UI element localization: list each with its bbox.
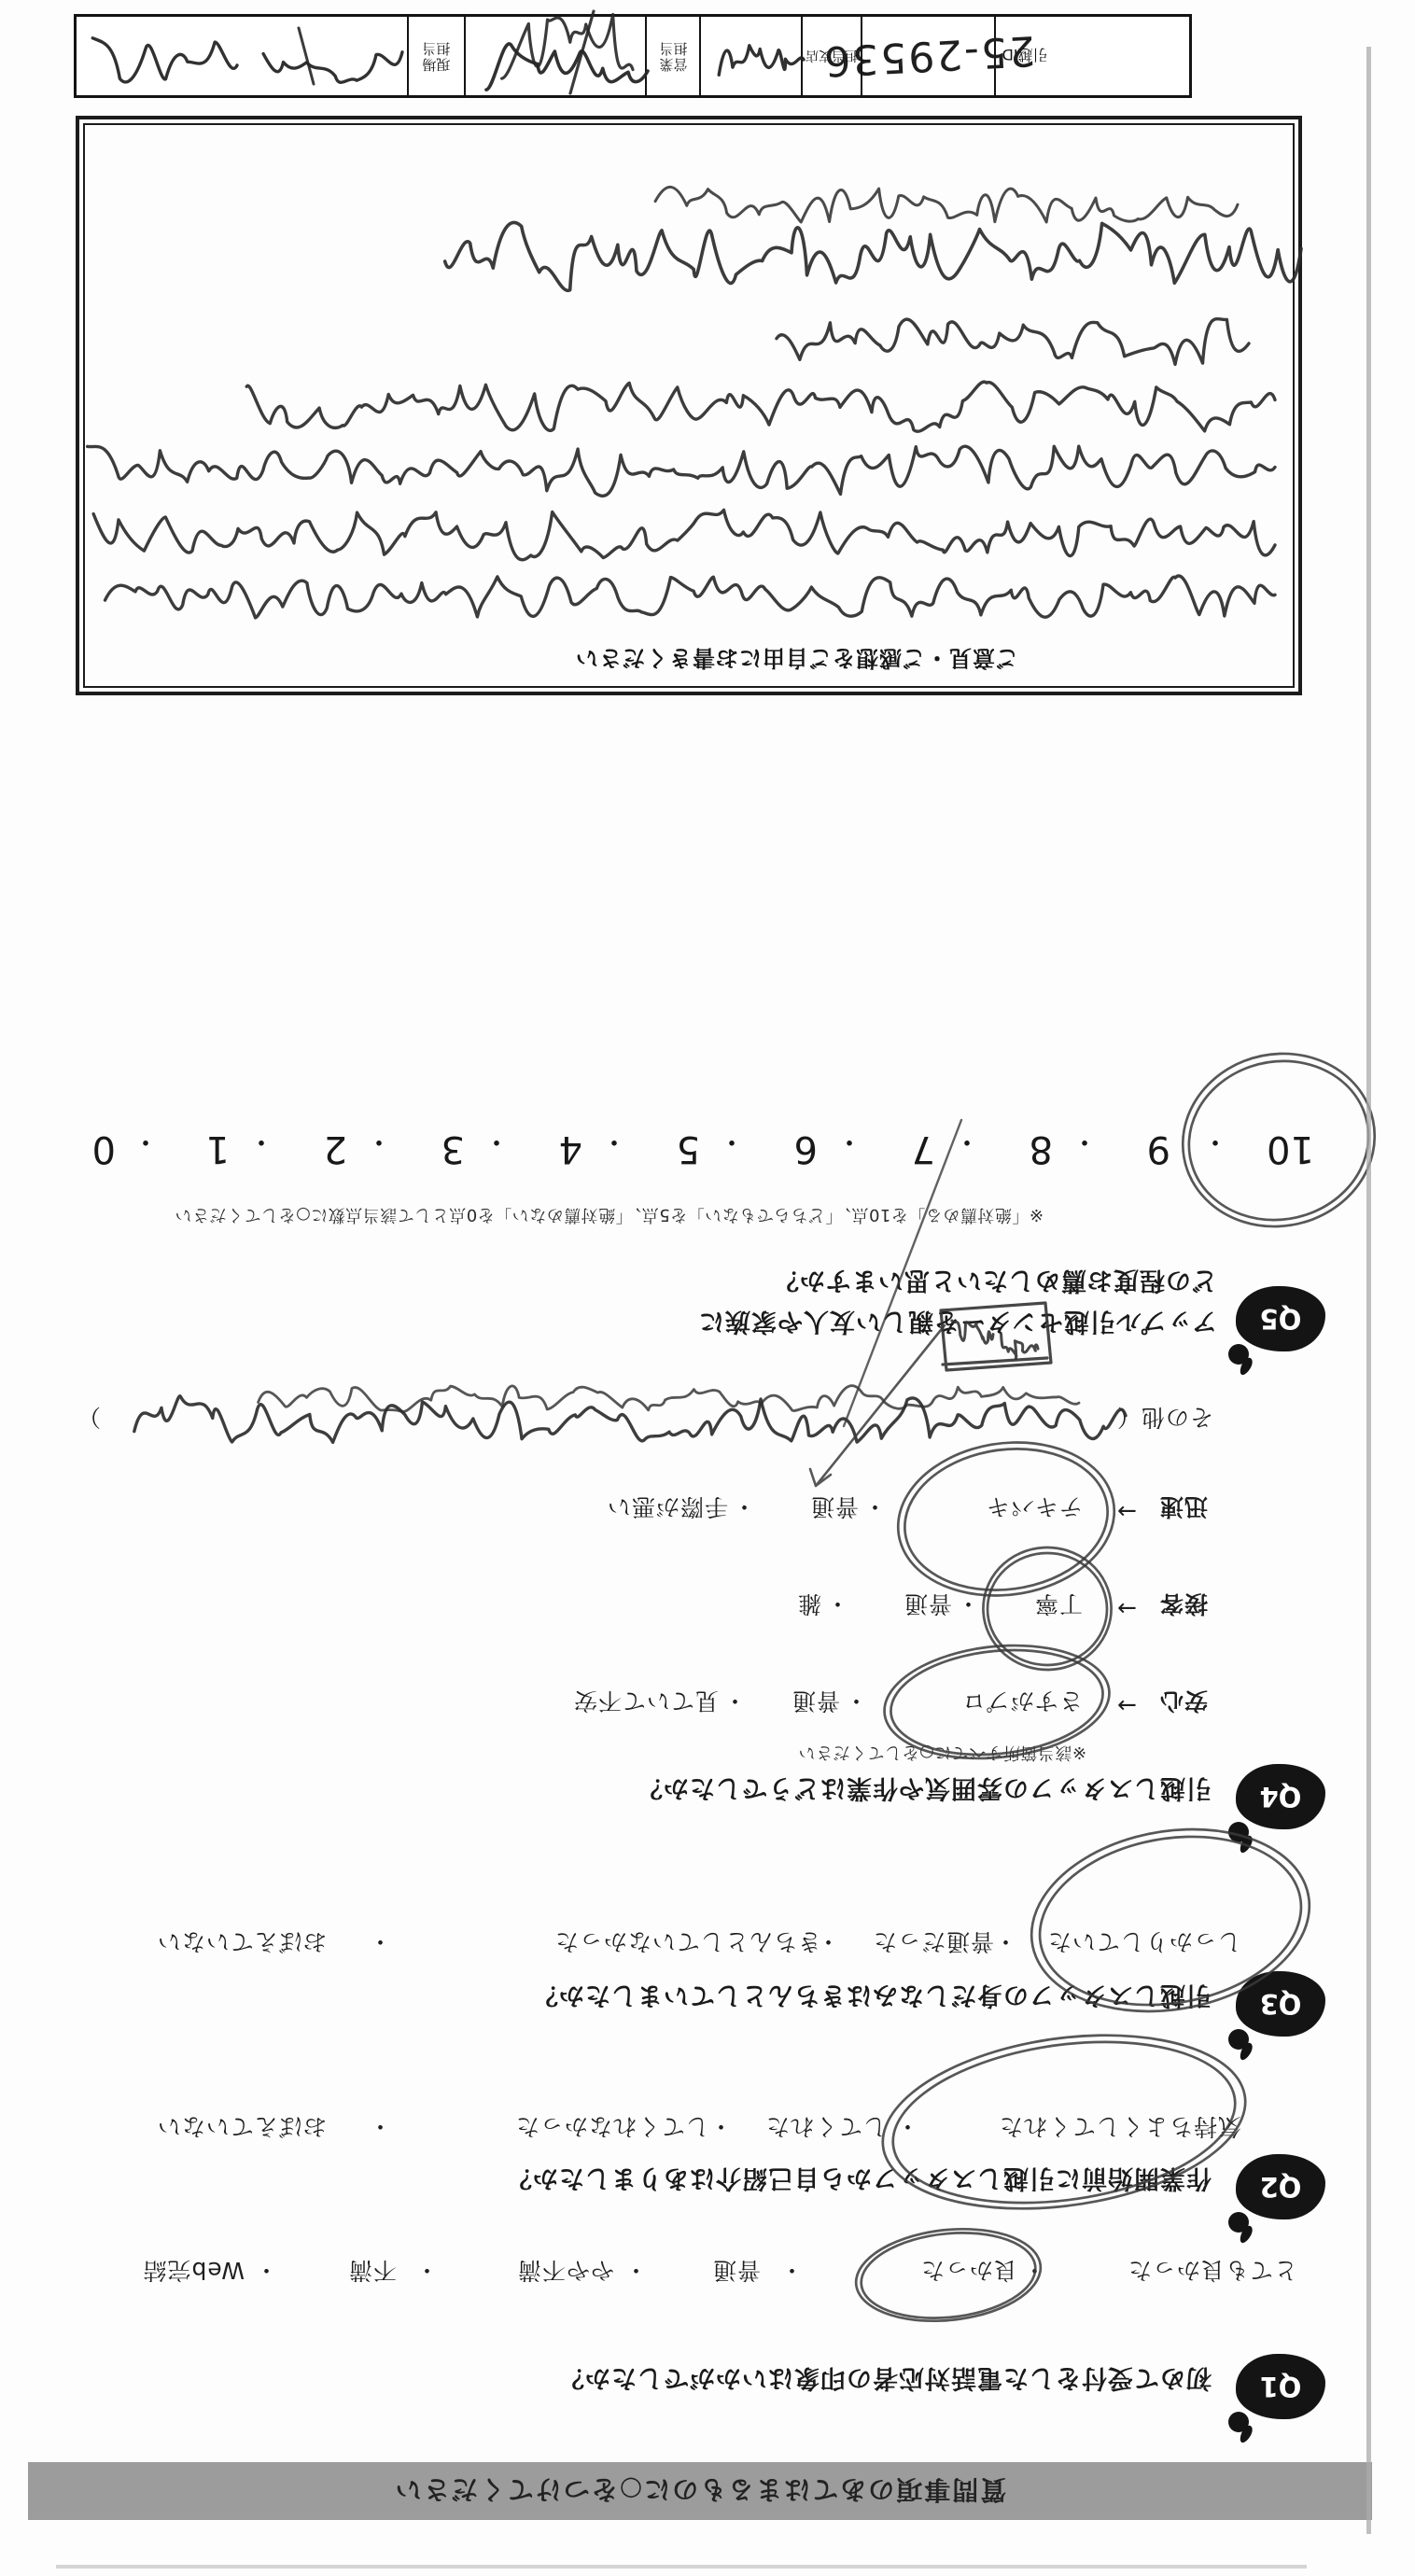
q4-row-0-option-2: 見ていて不安 xyxy=(573,1686,719,1719)
option-q1-4: 不満 xyxy=(348,2255,397,2289)
option-separator: ・ xyxy=(956,1589,980,1622)
q4-row-1-option-0: 丁寧 xyxy=(1034,1589,1083,1622)
nps-scale-value-8: 8 xyxy=(1030,1127,1053,1170)
nps-scale-value-4: 4 xyxy=(559,1127,582,1170)
question-badge-q5: Q5 xyxy=(1236,1286,1325,1351)
option-q1-2: 普通 xyxy=(712,2255,761,2289)
footer-value-cell-0: 25-29536 xyxy=(863,17,997,95)
option-q2-1: してくれた xyxy=(765,2111,887,2145)
q4-other-close: ） xyxy=(77,1402,101,1435)
nps-scale-value-2: 2 xyxy=(324,1127,347,1170)
q4-row-arrow: → xyxy=(1116,1595,1137,1622)
q4-row-label-2: 迅速 xyxy=(1159,1491,1208,1525)
option-separator: ・ xyxy=(1022,2255,1046,2289)
option-separator: ・ xyxy=(732,1491,756,1525)
option-separator: ・ xyxy=(779,2255,804,2289)
option-q1-0: とても良かった xyxy=(1128,2255,1297,2289)
question-badge-label: Q1 xyxy=(1260,2371,1302,2402)
option-q3-0: しっかりしていた xyxy=(1047,1926,1241,1960)
option-separator: ・ xyxy=(895,2111,919,2145)
scan-page-edge-bottom xyxy=(56,2565,1307,2569)
footer-label-cell-2: 営業担当 xyxy=(647,17,701,95)
option-separator: ・ xyxy=(844,1686,868,1719)
option-separator: ・ xyxy=(708,2111,733,2145)
option-q3-3: おぼえていない xyxy=(157,1926,327,1960)
handwritten-annotation-arrow xyxy=(810,1325,945,1486)
option-separator: ・ xyxy=(816,1926,840,1960)
q4-row-arrow: → xyxy=(1116,1692,1137,1719)
question-badge-label: Q5 xyxy=(1260,1303,1302,1335)
scale-separator: ・ xyxy=(600,1124,628,1165)
survey-sheet-upside-down: 質問事項のあてはまるものに○をつけてください Q1初めて受付をした電話対応者の印… xyxy=(0,0,1415,2576)
scale-separator: ・ xyxy=(365,1124,393,1165)
scale-separator: ・ xyxy=(483,1124,511,1165)
nps-scale-value-5: 5 xyxy=(677,1127,700,1170)
option-q3-1: 普通だった xyxy=(873,1926,994,1960)
question-badge-q1: Q1 xyxy=(1236,2354,1325,2419)
scan-page-edge-right xyxy=(1366,47,1371,2534)
option-separator: ・ xyxy=(623,2255,648,2289)
handwriting-q4-other xyxy=(259,1386,1079,1412)
question-text-q4: 引越しスタッフの雰囲気や作業はどうでしたか？ xyxy=(637,1772,1212,1809)
q4-row-2-option-2: 手際が悪い xyxy=(607,1491,728,1525)
question-text-q5-line1: アップル引越センターを親しい友人や家族に xyxy=(698,1306,1217,1342)
question-badge-q4: Q4 xyxy=(1236,1764,1325,1829)
option-separator: ・ xyxy=(993,1926,1017,1960)
footer-field-label-2: 営業担当 xyxy=(657,40,689,73)
footer-value-cell-1 xyxy=(701,17,802,95)
option-separator: ・ xyxy=(254,2255,278,2289)
scanned-survey-capture: 質問事項のあてはまるものに○をつけてください Q1初めて受付をした電話対応者の印… xyxy=(0,0,1415,2576)
scale-separator: ・ xyxy=(247,1124,275,1165)
option-q2-3: おぼえていない xyxy=(157,2111,327,2145)
footer-label-cell-1: 担当支店 xyxy=(803,17,863,95)
q4-row-1-option-2: 雑 xyxy=(797,1589,821,1622)
option-separator: ・ xyxy=(414,2255,439,2289)
instruction-bar-text: 質問事項のあてはまるものに○をつけてください xyxy=(394,2472,1006,2510)
nps-scale-value-6: 6 xyxy=(794,1127,818,1170)
handwriting-q4-other xyxy=(134,1396,1126,1443)
scale-separator: ・ xyxy=(718,1124,746,1165)
comment-box: ご意見・ご感想をご自由にお書きください xyxy=(76,116,1302,695)
footer-field-label-1: 担当支店 xyxy=(806,47,858,65)
question-text-q1: 初めて受付をした電話対応者の印象はいかがでしたか？ xyxy=(558,2362,1212,2399)
question-note-q5: ※「絶対薦める」を10点、「どちらでもない」を5点、「絶対薦めない」を0点として… xyxy=(175,1204,1044,1228)
nps-scale-value-3: 3 xyxy=(441,1127,465,1170)
scale-separator: ・ xyxy=(953,1124,981,1165)
option-separator: ・ xyxy=(368,2111,392,2145)
footer-value-cell-3 xyxy=(77,17,409,95)
question-text-q2: 作業開始前に引越しスタッフから自己紹介はありましたか？ xyxy=(506,2163,1212,2199)
nps-scale-value-7: 7 xyxy=(912,1127,935,1170)
q4-row-2-option-1: 普通 xyxy=(810,1491,859,1525)
q4-row-arrow: → xyxy=(1116,1498,1137,1525)
scale-separator: ・ xyxy=(1071,1124,1099,1165)
question-badge-label: Q4 xyxy=(1260,1781,1302,1813)
q4-other-label: その他（ xyxy=(1116,1402,1213,1435)
option-q2-0: 気持ちよくしてくれた xyxy=(999,2111,1241,2145)
instruction-bar: 質問事項のあてはまるものに○をつけてください xyxy=(28,2462,1372,2520)
option-separator: ・ xyxy=(368,1926,392,1960)
question-badge-q3: Q3 xyxy=(1236,1971,1325,2037)
option-separator: ・ xyxy=(862,1491,887,1525)
footer-value-cell-2 xyxy=(466,17,648,95)
option-q1-3: やや不満 xyxy=(517,2255,614,2289)
staff-info-row: 引越ID25-29536担当支店営業担当現場担当 xyxy=(74,14,1192,98)
option-separator: ・ xyxy=(825,1589,849,1622)
question-badge-label: Q2 xyxy=(1260,2171,1302,2203)
q4-row-0-option-0: さすがプロ xyxy=(961,1686,1083,1719)
comment-box-label: ご意見・ご感想をご自由にお書きください xyxy=(575,644,1018,677)
q4-row-label-1: 接客 xyxy=(1159,1589,1208,1622)
option-q1-5: Web完結 xyxy=(142,2255,245,2289)
question-note-q4: ※該当箇所すべてに○をしてください xyxy=(798,1742,1086,1766)
question-badge-q2: Q2 xyxy=(1236,2154,1325,2219)
option-q3-2: きちんとしていなかった xyxy=(554,1926,821,1960)
option-q2-2: してくれなかった xyxy=(515,2111,709,2145)
question-badge-label: Q3 xyxy=(1260,1988,1302,2020)
question-text-q3: 引越しスタッフの身だしなみはきちんとしていましたか？ xyxy=(532,1980,1212,2016)
footer-label-cell-3: 現場担当 xyxy=(409,17,466,95)
q4-row-1-option-1: 普通 xyxy=(904,1589,952,1622)
q4-row-2-option-0: テキパキ xyxy=(986,1491,1083,1525)
scale-separator: ・ xyxy=(132,1124,160,1165)
q4-row-label-0: 安心 xyxy=(1159,1686,1208,1719)
scale-separator: ・ xyxy=(835,1124,863,1165)
nps-scale-value-10: 10 xyxy=(1267,1127,1314,1170)
option-q1-1: 良かった xyxy=(920,2255,1017,2289)
footer-field-label-3: 現場担当 xyxy=(420,40,452,73)
option-separator: ・ xyxy=(722,1686,747,1719)
question-text-q5-line2: どの程度お薦めしたいと思いますか？ xyxy=(773,1265,1217,1301)
scale-separator: ・ xyxy=(1201,1124,1229,1165)
nps-scale-value-0: 0 xyxy=(92,1127,116,1170)
nps-scale-value-1: 1 xyxy=(206,1127,230,1170)
q4-row-0-option-1: 普通 xyxy=(792,1686,840,1719)
nps-scale-value-9: 9 xyxy=(1147,1127,1170,1170)
